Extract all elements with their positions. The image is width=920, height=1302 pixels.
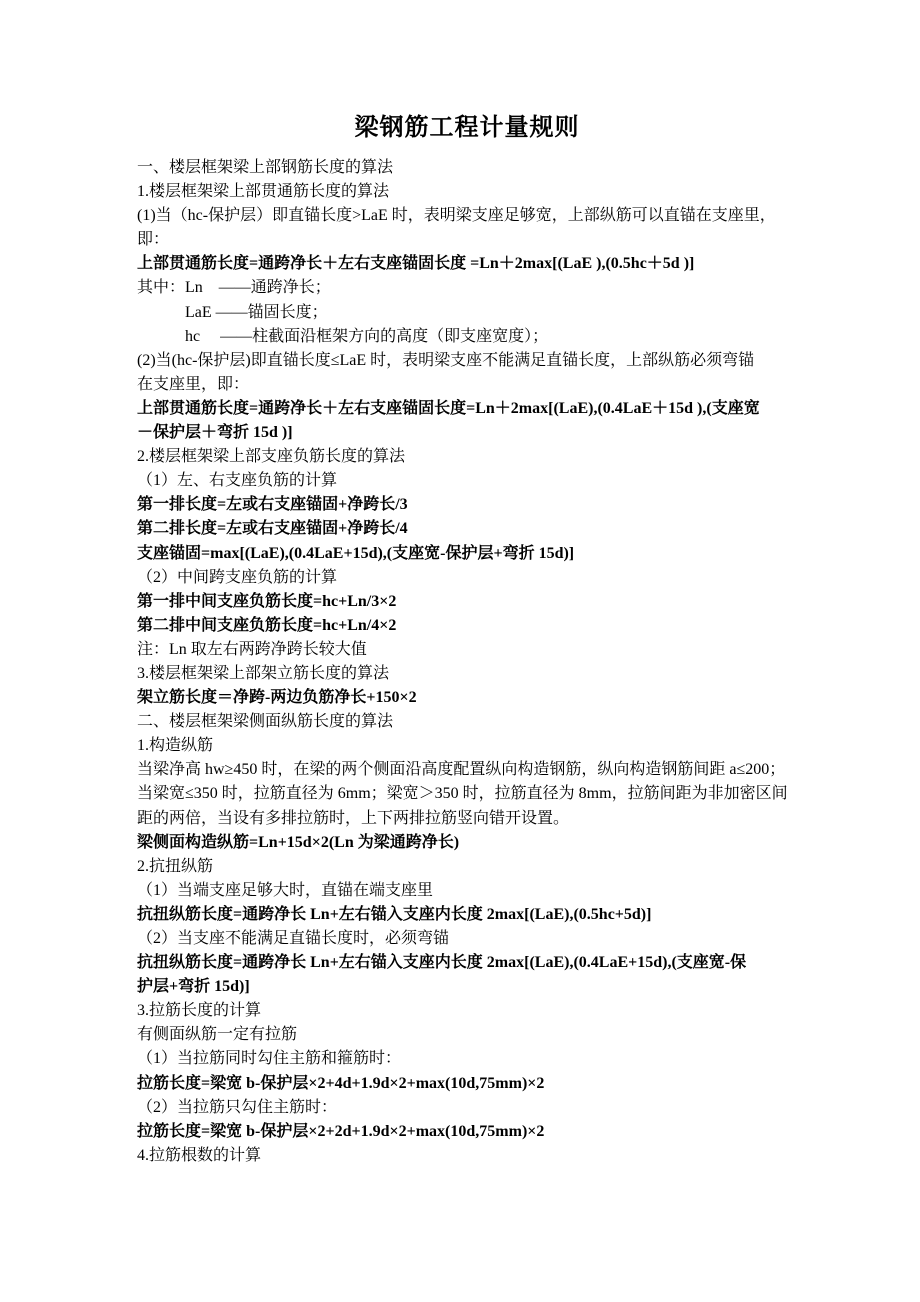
text-line: 3.楼层框架梁上部架立筋长度的算法: [137, 662, 797, 686]
text-line: 在支座里，即：: [137, 373, 797, 397]
text-line: (2)当(hc-保护层)即直锚长度≤LaE 时，表明梁支座不能满足直锚长度，上部…: [137, 349, 797, 373]
text-line: －保护层＋弯折 15d )]: [137, 421, 797, 445]
text-line: 护层+弯折 15d)]: [137, 975, 797, 999]
text-line: 注：Ln 取左右两跨净跨长较大值: [137, 638, 797, 662]
text-line: 2.抗扭纵筋: [137, 855, 797, 879]
text-line: 2.楼层框架梁上部支座负筋长度的算法: [137, 445, 797, 469]
text-line: 架立筋长度＝净跨-两边负筋净长+150×2: [137, 686, 797, 710]
text-line: 第一排长度=左或右支座锚固+净跨长/3: [137, 493, 797, 517]
text-line: （1）左、右支座负筋的计算: [137, 469, 797, 493]
text-line: （1）当端支座足够大时，直锚在端支座里: [137, 879, 797, 903]
text-line: 支座锚固=max[(LaE),(0.4LaE+15d),(支座宽-保护层+弯折 …: [137, 542, 797, 566]
text-line: （2）当支座不能满足直锚长度时，必须弯锚: [137, 927, 797, 951]
text-line: 梁侧面构造纵筋=Ln+15d×2(Ln 为梁通跨净长): [137, 831, 797, 855]
document-body: 一、楼层框架梁上部钢筋长度的算法1.楼层框架梁上部贯通筋长度的算法(1)当（hc…: [137, 156, 797, 1168]
text-line: 拉筋长度=梁宽 b-保护层×2+4d+1.9d×2+max(10d,75mm)×…: [137, 1072, 797, 1096]
text-line: 抗扭纵筋长度=通跨净长 Ln+左右锚入支座内长度 2max[(LaE),(0.4…: [137, 951, 797, 975]
text-line: 抗扭纵筋长度=通跨净长 Ln+左右锚入支座内长度 2max[(LaE),(0.5…: [137, 903, 797, 927]
text-line: 拉筋长度=梁宽 b-保护层×2+2d+1.9d×2+max(10d,75mm)×…: [137, 1120, 797, 1144]
text-line: 第一排中间支座负筋长度=hc+Ln/3×2: [137, 590, 797, 614]
text-line: hc ——柱截面沿框架方向的高度（即支座宽度）；: [137, 325, 797, 349]
text-line: 1.构造纵筋: [137, 734, 797, 758]
text-line: 当梁宽≤350 时，拉筋直径为 6mm；梁宽＞350 时，拉筋直径为 8mm，拉…: [137, 782, 797, 806]
document-title: 梁钢筋工程计量规则: [137, 110, 797, 146]
text-line: （1）当拉筋同时勾住主筋和箍筋时：: [137, 1047, 797, 1071]
document-content: 梁钢筋工程计量规则 一、楼层框架梁上部钢筋长度的算法1.楼层框架梁上部贯通筋长度…: [137, 110, 797, 1168]
text-line: LaE ——锚固长度；: [137, 301, 797, 325]
text-line: 距的两倍，当设有多排拉筋时，上下两排拉筋竖向错开设置。: [137, 807, 797, 831]
text-line: 第二排长度=左或右支座锚固+净跨长/4: [137, 517, 797, 541]
text-line: 二、楼层框架梁侧面纵筋长度的算法: [137, 710, 797, 734]
text-line: 其中：Ln ——通跨净长；: [137, 276, 797, 300]
text-line: 一、楼层框架梁上部钢筋长度的算法: [137, 156, 797, 180]
text-line: 即：: [137, 228, 797, 252]
text-line: 上部贯通筋长度=通跨净长＋左右支座锚固长度 =Ln＋2max[(LaE ),(0…: [137, 252, 797, 276]
text-line: （2）当拉筋只勾住主筋时：: [137, 1096, 797, 1120]
text-line: 1.楼层框架梁上部贯通筋长度的算法: [137, 180, 797, 204]
text-line: 当梁净高 hw≥450 时，在梁的两个侧面沿高度配置纵向构造钢筋，纵向构造钢筋间…: [137, 758, 797, 782]
text-line: 上部贯通筋长度=通跨净长＋左右支座锚固长度=Ln＋2max[(LaE),(0.4…: [137, 397, 797, 421]
text-line: 3.拉筋长度的计算: [137, 999, 797, 1023]
text-line: 有侧面纵筋一定有拉筋: [137, 1023, 797, 1047]
text-line: 第二排中间支座负筋长度=hc+Ln/4×2: [137, 614, 797, 638]
text-line: (1)当（hc-保护层）即直锚长度>LaE 时，表明梁支座足够宽，上部纵筋可以直…: [137, 204, 797, 228]
text-line: 4.拉筋根数的计算: [137, 1144, 797, 1168]
document-page: 梁钢筋工程计量规则 一、楼层框架梁上部钢筋长度的算法1.楼层框架梁上部贯通筋长度…: [0, 0, 920, 1302]
text-line: （2）中间跨支座负筋的计算: [137, 566, 797, 590]
